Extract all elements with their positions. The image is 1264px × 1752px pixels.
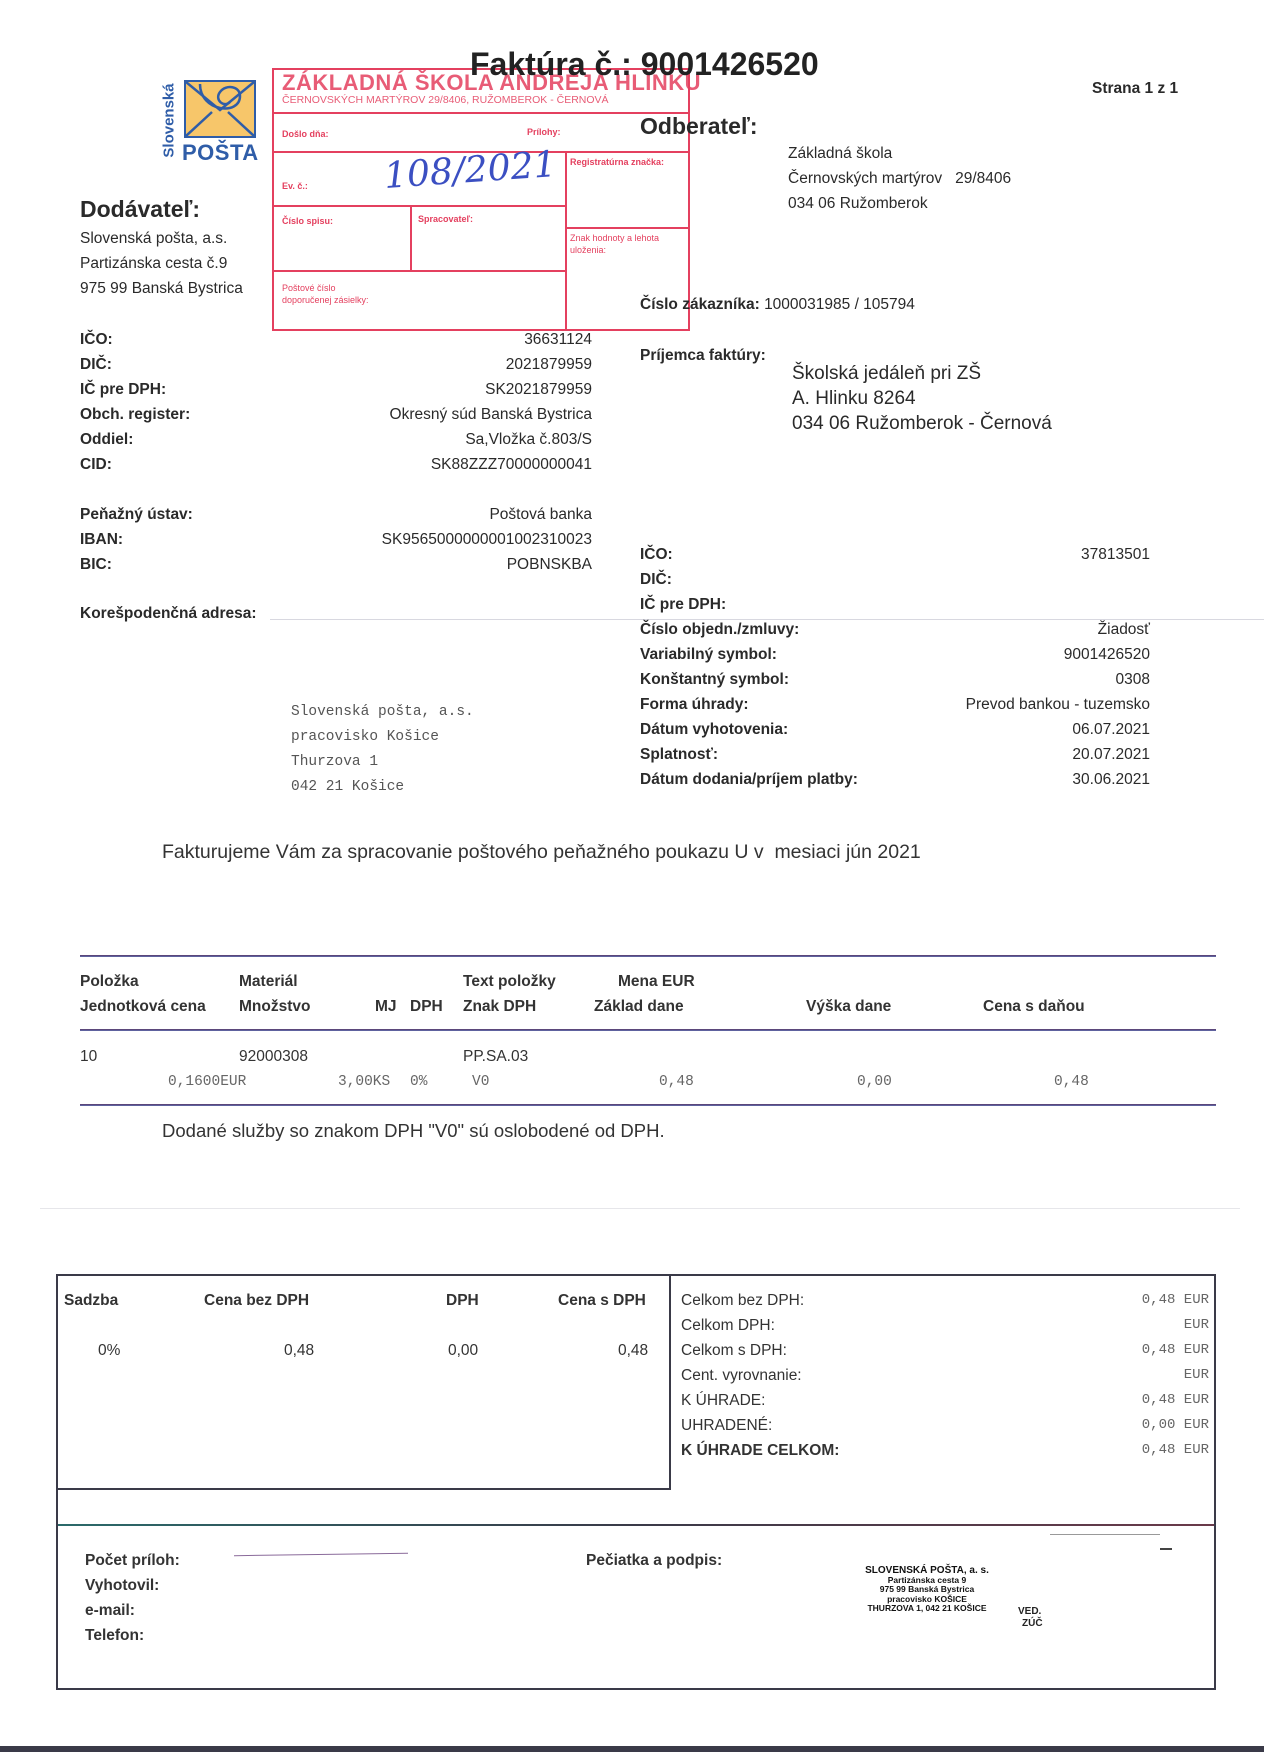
gross-price-header: Cena s DPH (558, 1292, 646, 1310)
total-vat-row: Celkom DPH:EUR (681, 1313, 1209, 1338)
slovenska-posta-logo: Slovenská POŠTA (158, 78, 260, 168)
item-tax-base: 0,48 (659, 1074, 694, 1090)
col-vat-code: Znak DPH (463, 998, 536, 1016)
net-price-header: Cena bez DPH (204, 1292, 309, 1310)
attachments-count-label: Počet príloh: (85, 1548, 180, 1573)
scan-artifact-line (40, 1208, 1240, 1209)
col-material: Materiál (239, 973, 298, 991)
col-quantity: Množstvo (239, 998, 310, 1016)
prepared-by-label: Vyhotovil: (85, 1573, 159, 1598)
customer-number: Číslo zákazníka: 1000031985 / 105794 (640, 292, 915, 317)
recipient-label: Príjemca faktúry: (640, 343, 766, 368)
logo-top-text: Slovenská (161, 76, 178, 166)
redaction-line (234, 1553, 408, 1556)
signature-title: VED. ZÚČ (1018, 1606, 1043, 1630)
stamp-received-on: Došlo dňa: (282, 128, 329, 140)
vat-rate-header: Sadzba (64, 1292, 118, 1310)
item-quantity: 3,00KS (338, 1074, 390, 1090)
email-label: e-mail: (85, 1598, 135, 1623)
gross-price-value: 0,48 (618, 1342, 648, 1360)
signature-line (1050, 1534, 1160, 1535)
net-price-value: 0,48 (284, 1342, 314, 1360)
col-vat: DPH (410, 998, 443, 1016)
item-text: PP.SA.03 (463, 1048, 528, 1066)
table-bottom-rule (80, 1104, 1216, 1106)
stamp-school-address: ČERNOVSKÝCH MARTÝROV 29/8406, RUŽOMBEROK… (282, 94, 609, 106)
stamp-processor: Spracovateľ: (418, 213, 473, 225)
table-top-rule (80, 955, 1216, 957)
col-item: Položka (80, 973, 139, 991)
vat-value: 0,00 (448, 1342, 478, 1360)
stamp-registry-mark: Registratúrna značka: (570, 156, 686, 168)
item-vat-rate: 0% (410, 1074, 427, 1090)
item-material: 92000308 (239, 1048, 308, 1066)
supplier-heading: Dodávateľ: (80, 196, 200, 223)
customer-heading: Odberateľ: (640, 113, 758, 140)
received-stamp: ZÁKLADNÁ ŠKOLA ANDREJA HLINKU ČERNOVSKÝC… (272, 68, 690, 331)
col-tax-amount: Výška dane (806, 998, 891, 1016)
recipient-address: Školská jedáleň pri ZŠ A. Hlinku 8264 03… (792, 361, 1052, 436)
vat-exemption-note: Dodané služby so znakom DPH "V0" sú oslo… (162, 1120, 665, 1142)
grand-total-row: K ÚHRADE CELKOM:0,48 EUR (681, 1438, 1209, 1463)
correspondence-address: Slovenská pošta, a.s. pracovisko Košice … (291, 700, 474, 800)
stamp-ev-no: Ev. č.: (282, 180, 308, 192)
supplier-address-line: 975 99 Banská Bystrica (80, 276, 300, 301)
post-horn-envelope-icon (184, 80, 256, 138)
invoice-title: Faktúra č.: 9001426520 (470, 46, 819, 83)
col-tax-base: Základ dane (594, 998, 684, 1016)
total-net-row: Celkom bez DPH:0,48 EUR (681, 1288, 1209, 1313)
supplier-address: Slovenská pošta, a.s. Partizánska cesta … (80, 226, 300, 301)
invoice-description: Fakturujeme Vám za spracovanie poštového… (162, 841, 921, 864)
supplier-address-line: Partizánska cesta č.9 (80, 251, 300, 276)
rounding-row: Cent. vyrovnanie:EUR (681, 1363, 1209, 1388)
col-price-with-tax: Cena s daňou (983, 998, 1085, 1016)
col-unit-price: Jednotková cena (80, 998, 206, 1016)
paid-row: UHRADENÉ:0,00 EUR (681, 1413, 1209, 1438)
phone-label: Telefon: (85, 1623, 144, 1648)
logo-bottom-text: POŠTA (182, 140, 259, 166)
table-header-rule (80, 1029, 1216, 1031)
to-pay-row: K ÚHRADE:0,48 EUR (681, 1388, 1209, 1413)
stamp-signature-label: Pečiatka a podpis: (586, 1548, 722, 1573)
vat-header: DPH (446, 1292, 479, 1310)
item-tax-amount: 0,00 (857, 1074, 892, 1090)
company-stamp: SLOVENSKÁ POŠTA, a. s. Partizánska cesta… (852, 1566, 1002, 1614)
item-number: 10 (80, 1048, 97, 1066)
supplier-address-line: Slovenská pošta, a.s. (80, 226, 300, 251)
stamp-attachments: Prílohy: (527, 126, 561, 138)
item-vat-code: V0 (472, 1074, 489, 1090)
total-gross-row: Celkom s DPH:0,48 EUR (681, 1338, 1209, 1363)
signature-mark (1160, 1548, 1172, 1550)
stamp-retention-mark: Znak hodnoty a lehota uloženia: (570, 232, 682, 256)
item-price-with-tax: 0,48 (1054, 1074, 1089, 1090)
col-item-text: Text položky (463, 973, 556, 991)
item-unit-price: 0,1600EUR (168, 1074, 246, 1090)
page-bottom-edge (0, 1746, 1264, 1752)
col-unit: MJ (375, 998, 397, 1016)
col-currency: Mena EUR (618, 973, 695, 991)
correspondence-label: Korešpodenčná adresa: (80, 601, 257, 626)
page-number: Strana 1 z 1 (1092, 80, 1178, 98)
vat-rate-value: 0% (98, 1342, 120, 1360)
customer-address: Základná škola Černovských martýrov 29/8… (788, 141, 1011, 216)
